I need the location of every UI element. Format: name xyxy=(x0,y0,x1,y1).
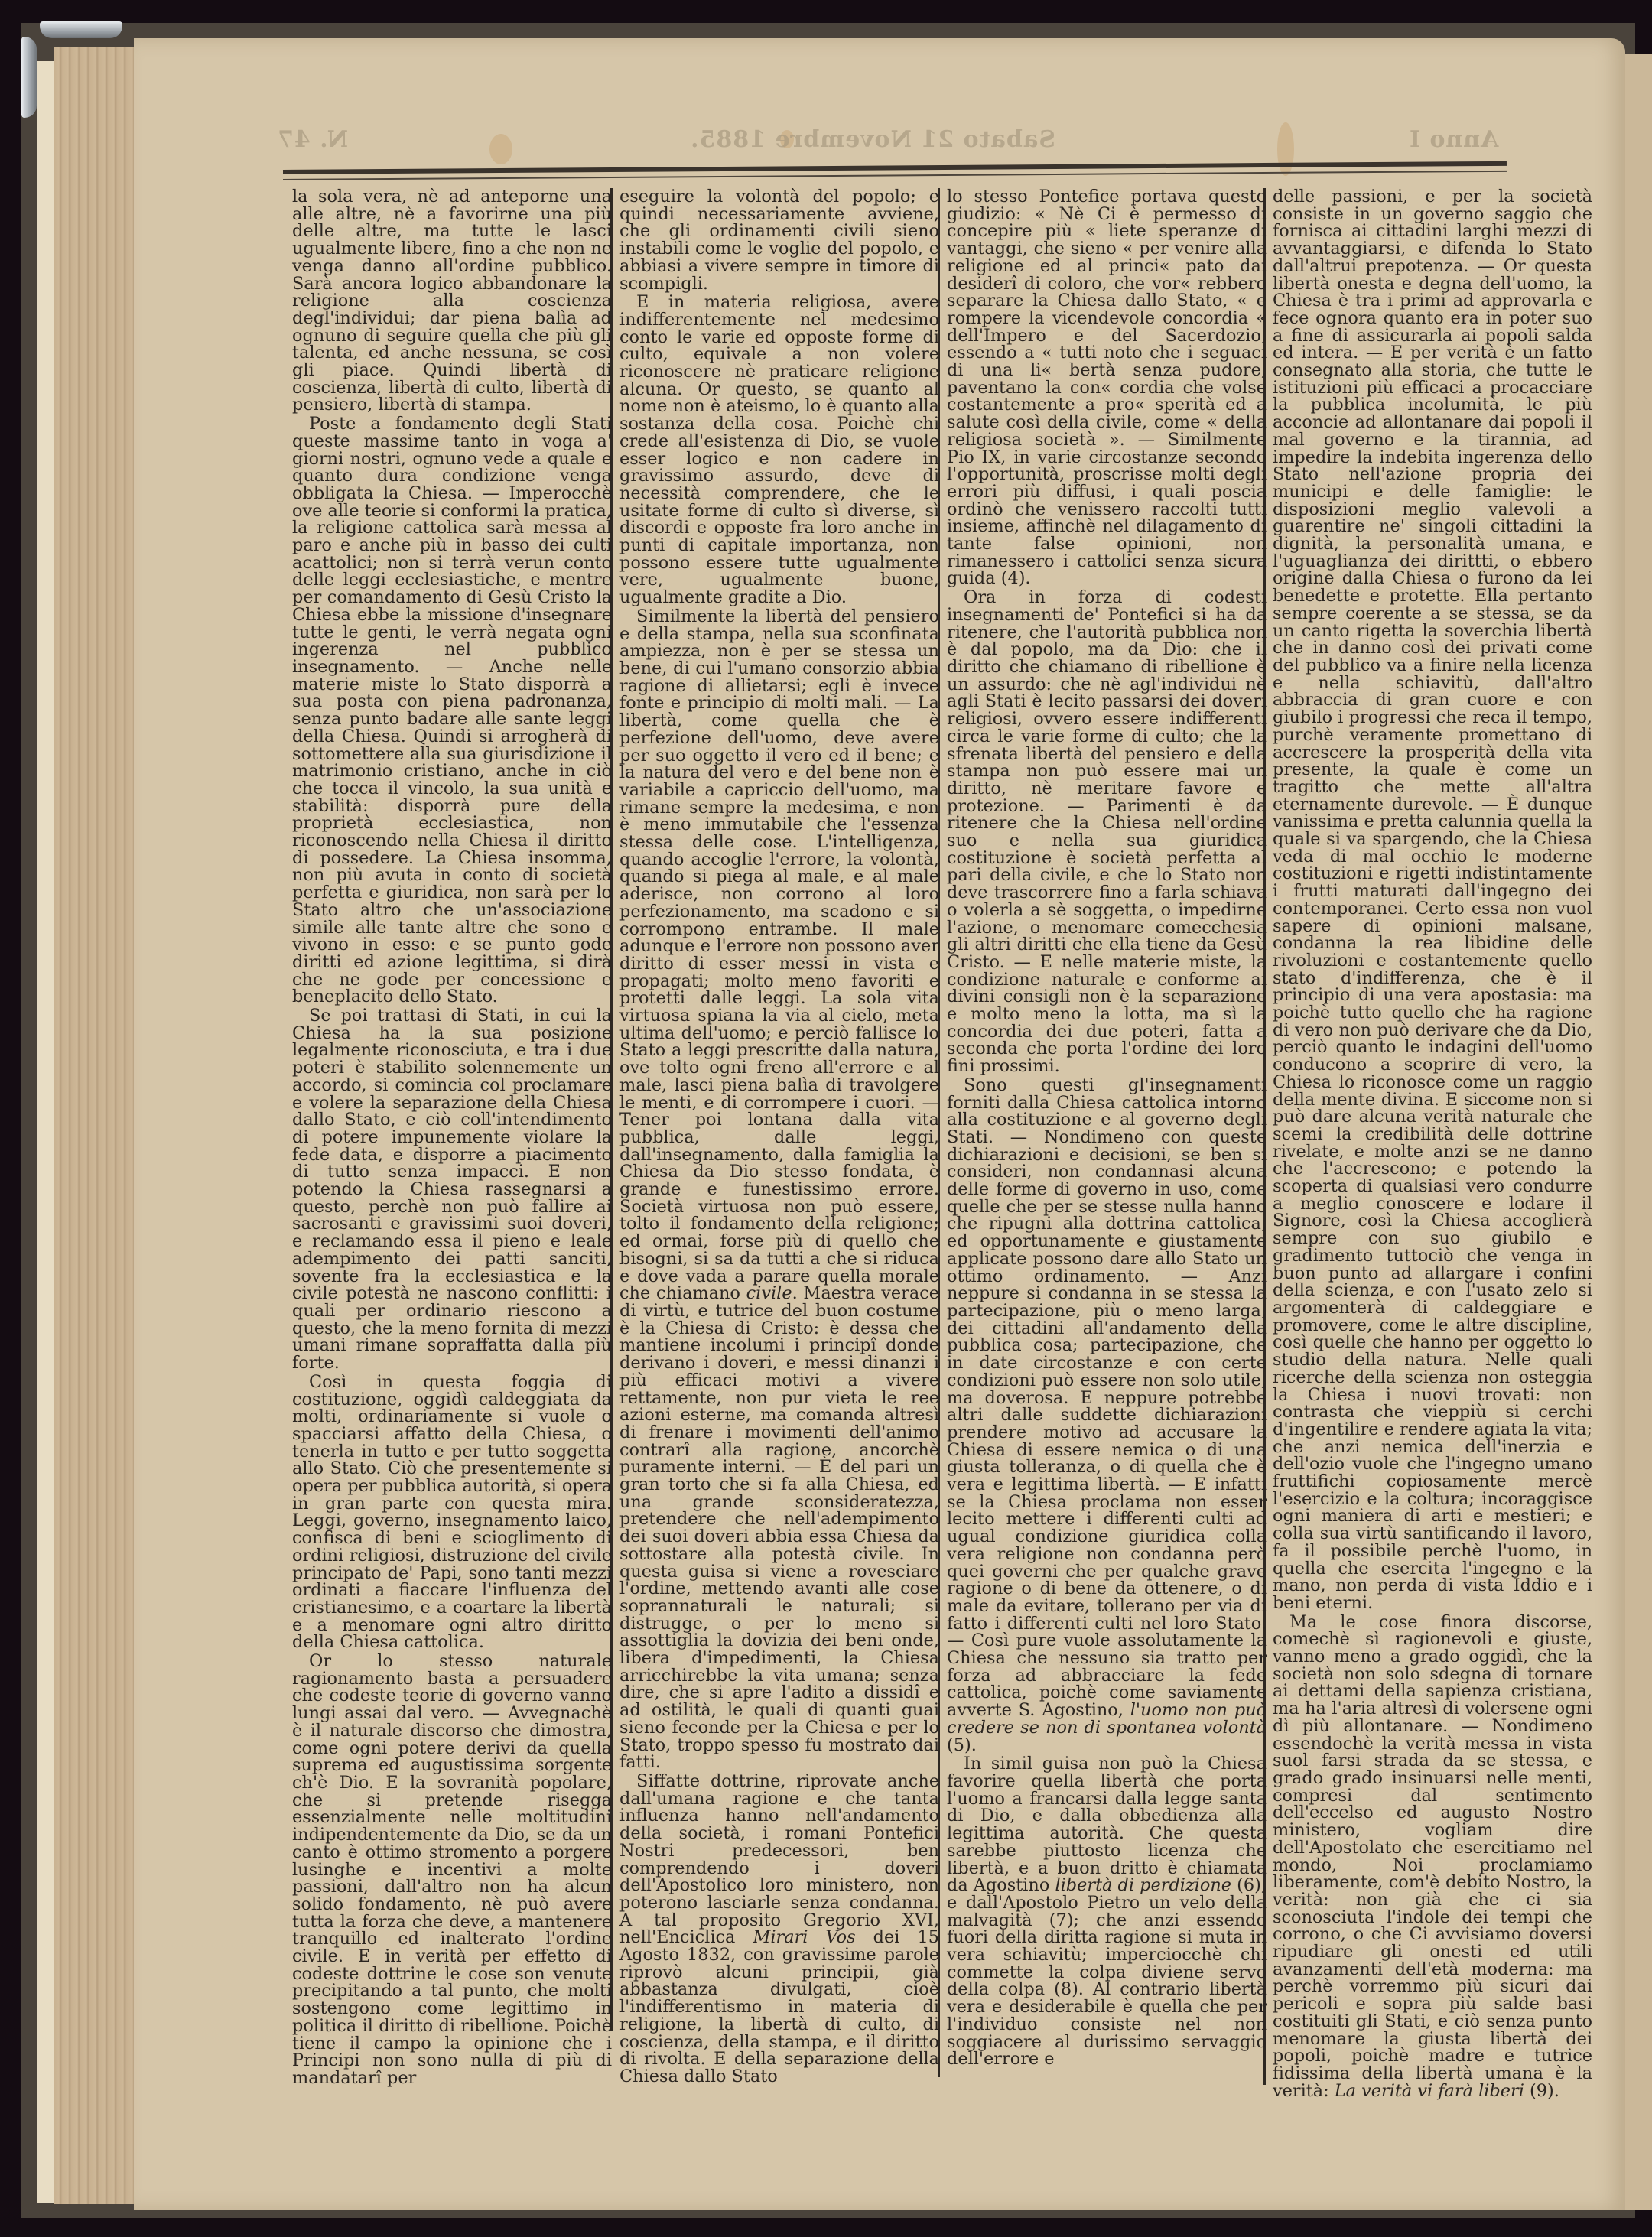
paragraph: delle passioni, e per la società consist… xyxy=(1273,188,1592,1612)
italic-phrase: libertà di perdizione xyxy=(1055,1875,1231,1895)
paper-stain xyxy=(1277,122,1294,176)
text-column-1: la sola vera, nè ad anteporne una alle a… xyxy=(292,188,612,2087)
paragraph: Sono questi gl'insegnamenti forniti dall… xyxy=(947,1077,1267,1754)
paragraph: In simil guisa non può la Chiesa favorir… xyxy=(947,1755,1267,2068)
bleed-through-header-right: Anno I xyxy=(1409,126,1498,153)
text-column-2: eseguire la volontà del popolo; e quindi… xyxy=(619,188,939,2086)
paragraph: Ora in forza di codesti insegnamenti de'… xyxy=(947,589,1267,1075)
paragraph: E in materia religiosa, avere indifferen… xyxy=(619,294,939,606)
italic-phrase: l'uomo non può credere se non di spontan… xyxy=(947,1700,1267,1738)
page-stack-edges xyxy=(54,47,138,2204)
text-column-4: delle passioni, e per la società consist… xyxy=(1273,188,1592,2099)
paragraph: Poste a fondamento degli Stati queste ma… xyxy=(292,415,612,1006)
paragraph: eseguire la volontà del popolo; e quindi… xyxy=(619,188,939,292)
metal-corner-left xyxy=(21,37,37,118)
bleed-through-header-left: N. 47 xyxy=(277,126,348,153)
paragraph: Similmente la libertà del pensiero e del… xyxy=(619,608,939,1771)
paragraph: Così in questa foggia di costituzione, o… xyxy=(292,1374,612,1651)
bleed-through-header-date: Sabato 21 Novembre 1885. xyxy=(690,126,1055,153)
metal-corner-top xyxy=(40,21,122,38)
paragraph: Se poi trattasi di Stati, in cui la Chie… xyxy=(292,1007,612,1372)
text-column-3: lo stesso Pontefice portava questo giudi… xyxy=(947,188,1267,2068)
italic-phrase: La verità vi farà liberi xyxy=(1335,2081,1524,2101)
paragraph: Siffatte dottrine, riprovate anche dall'… xyxy=(619,1773,939,2086)
paragraph: Or lo stesso naturale ragionamento basta… xyxy=(292,1653,612,2087)
italic-phrase: civile xyxy=(746,1283,792,1303)
endpaper-edge xyxy=(37,61,54,2203)
paragraph: lo stesso Pontefice portava questo giudi… xyxy=(947,188,1267,587)
paragraph: la sola vera, nè ad anteporne una alle a… xyxy=(292,188,612,414)
paragraph: Ma le cose finora discorse, comechè sì r… xyxy=(1273,1614,1592,2100)
paper-stain xyxy=(489,134,512,164)
italic-phrase: Mirari Vos xyxy=(753,1927,855,1947)
